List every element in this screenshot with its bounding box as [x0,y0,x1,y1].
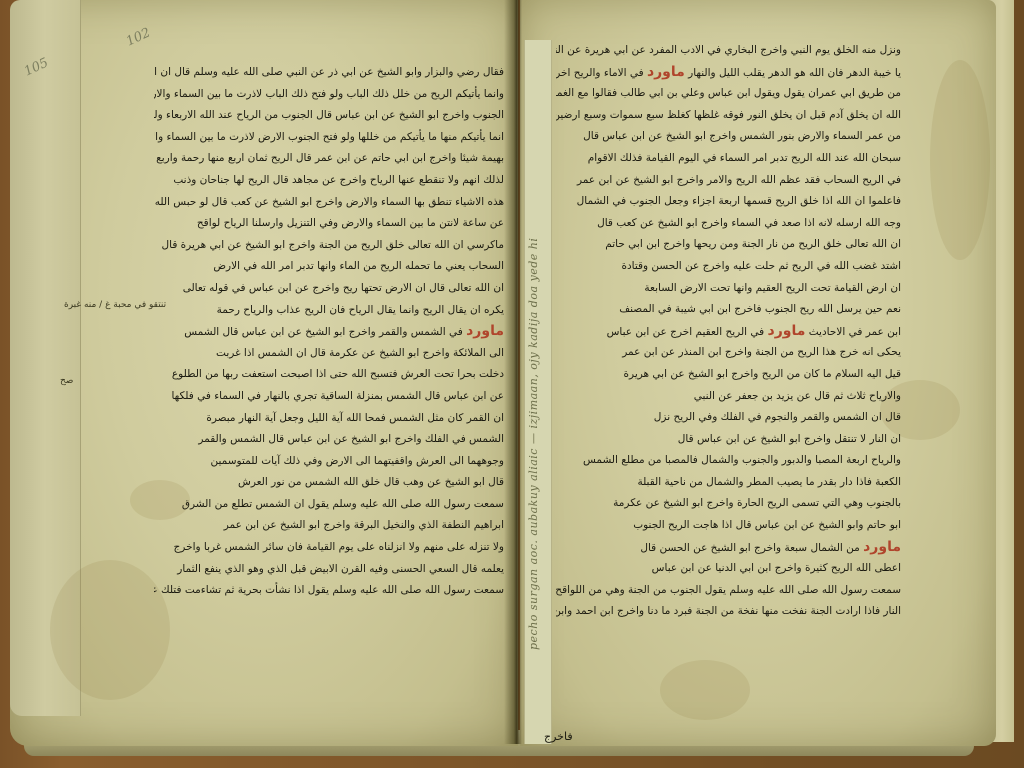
text-line: ان الله تعالى خلق الريح من نار الجنة ومن… [556,234,901,256]
text-line: نعم حين يرسل الله ريح الجنوب فاخرج ابن ا… [556,299,901,321]
rubric-heading: ماورد [768,323,806,339]
gutter-latin-note: pecho surgan aoc. aubakuy aliaic — izjim… [527,630,540,650]
text-line: قيل اليه السلام ما كان من الريح واخرج اب… [556,364,901,386]
text-line: من طريق ابي عمران يقول ويقول ابن عباس وع… [556,83,901,105]
text-line: عن ساعة لانتن ما بين السماء والارض وفي ا… [154,213,504,235]
marginal-mark: صح [60,376,73,386]
stain [50,560,170,700]
right-page-text: ونزل منه الخلق يوم النبي واخرج البخاري ف… [556,40,901,623]
left-page-text: فقال رضي والبزار وابو الشيخ عن ابي ذر عن… [154,62,504,602]
text-line: النار فاذا ارادت الجنة نفخت منها نفخة من… [556,601,901,623]
rubric-heading: ماورد [863,539,901,555]
text-line: الله ان يخلق آدم قبل ان يخلق النور فوقه … [556,105,901,127]
text-line: في الريح السحاب فقد عظم الله الريح والام… [556,170,901,192]
text-line: بالجنوب وهي التي تسمى الريح الحارة واخرج… [556,493,901,515]
marginal-note: تنتقو في محبة غ / منه غبرة [64,300,166,310]
text-line: والارياح ثلاث ثم قال عن يزيد بن جعفر عن … [556,386,901,408]
text-line: وانما يأتيكم الريح من خلل ذلك الباب ولو … [154,84,504,106]
text-line: ان الله تعالى قال ان الارض تحتها ريح واخ… [154,278,504,300]
text-line: ماكرسي ان الله تعالى خلق الريح من الجنة … [154,235,504,257]
text-line: اعطى الله الريح كثيرة واخرج ابن ابي الدن… [556,558,901,580]
text-line: السحاب يعني ما تحمله الريح من الماء وانه… [154,256,504,278]
text-line: سمعت رسول الله صلى الله عليه وسلم يقول ا… [154,580,504,602]
text-line: فقال رضي والبزار وابو الشيخ عن ابي ذر عن… [154,62,504,84]
text-line: عن ابن عباس قال الشمس بمنزلة الساقية تجر… [154,386,504,408]
stain [930,60,990,260]
catchword: فاخرج [544,730,573,743]
text-line: الشمس في الفلك واخرج ابو الشيخ عن ابن عب… [154,429,504,451]
rubric-heading: ماورد [466,323,504,339]
text-line: قال ان الشمس والقمر والنجوم في الفلك وفي… [556,407,901,429]
open-manuscript: pecho surgan aoc. aubakuy aliaic — izjim… [4,0,1014,762]
text-line: انما يأتيكم منها ما يأتيكم من خللها ولو … [154,127,504,149]
stain [660,660,750,720]
text-line: سمعت رسول الله صلى الله عليه وسلم يقول ا… [556,580,901,602]
text-line: يا خيبة الدهر فان الله هو الدهر يقلب الل… [556,62,901,84]
text-line: الى الملائكة واخرج ابو الشيخ عن عكرمة قا… [154,343,504,365]
text-line: ان ارض القيامة تحت الريح العقيم وانها تح… [556,278,901,300]
text-line: يعلمه قال السعي الحسنى وفيه القرن الابيض… [154,559,504,581]
text-line: ان النار لا تنتقل واخرج ابو الشيخ عن ابن… [556,429,901,451]
text-line: ماورد في الشمس والقمر واخرج ابو الشيخ عن… [154,321,504,343]
text-line: ابن عمر في الاحاديث ماورد في الريح العقي… [556,321,901,343]
text-line: اشتد غضب الله في الريح ثم حلت عليه واخرج… [556,256,901,278]
text-line: من عمر السماء والارض بنور الشمس واخرج اب… [556,126,901,148]
text-line: قال ابو الشيخ عن وهب قال خلق الله الشمس … [154,472,504,494]
text-line: ماورد من الشمال سبعة واخرج ابو الشيخ عن … [556,537,901,559]
text-line: يكره ان يقال الريح وانما يقال الرياح فان… [154,300,504,322]
text-line: ان القمر كان مثل الشمس فمحا الله آية الل… [154,408,504,430]
text-line: ونزل منه الخلق يوم النبي واخرج البخاري ف… [556,40,901,62]
text-line: فاعلموا ان الله اذا خلق الريح قسمها اربع… [556,191,901,213]
text-line: والرياح اربعة المصبا والدبور والجنوب وال… [556,450,901,472]
text-line: سمعت رسول الله صلى الله عليه وسلم يقول ا… [154,494,504,516]
gutter [504,0,522,744]
text-line: وجه الله ارسله لانه اذا صعد في السماء وا… [556,213,901,235]
text-line: الجنوب واخرج ابو الشيخ عن ابن عباس قال ا… [154,105,504,127]
text-line: لذلك انهم ولا تنقطع عنها الرياح واخرج عن… [154,170,504,192]
text-line: هذه الاشياء تنطق بها السماء والارض واخرج… [154,192,504,214]
text-line: الكعبة فاذا دار بقدر ما يصيب المطر والشم… [556,472,901,494]
text-line: وجوههما الى العرش واقفيتهما الى الارض وف… [154,451,504,473]
text-line: دخلت بحرا تحت العرش فتسبح الله حتى اذا ا… [154,364,504,386]
text-line: ابراهيم النطفة الذي والنخيل البرقة واخرج… [154,515,504,537]
rubric-heading: ماورد [647,64,685,80]
text-line: ابو حاتم وابو الشيخ عن ابن عباس قال اذا … [556,515,901,537]
text-line: بهيمة شيئا واخرج ابن ابي حاتم عن ابن عمر… [154,148,504,170]
text-line: ولا تنزله على منهم ولا انزلناه على يوم ا… [154,537,504,559]
text-line: يحكى انه خرج هذا الريح من الجنة واخرج اب… [556,342,901,364]
text-line: سبحان الله عند الله الريح تدبر امر السما… [556,148,901,170]
